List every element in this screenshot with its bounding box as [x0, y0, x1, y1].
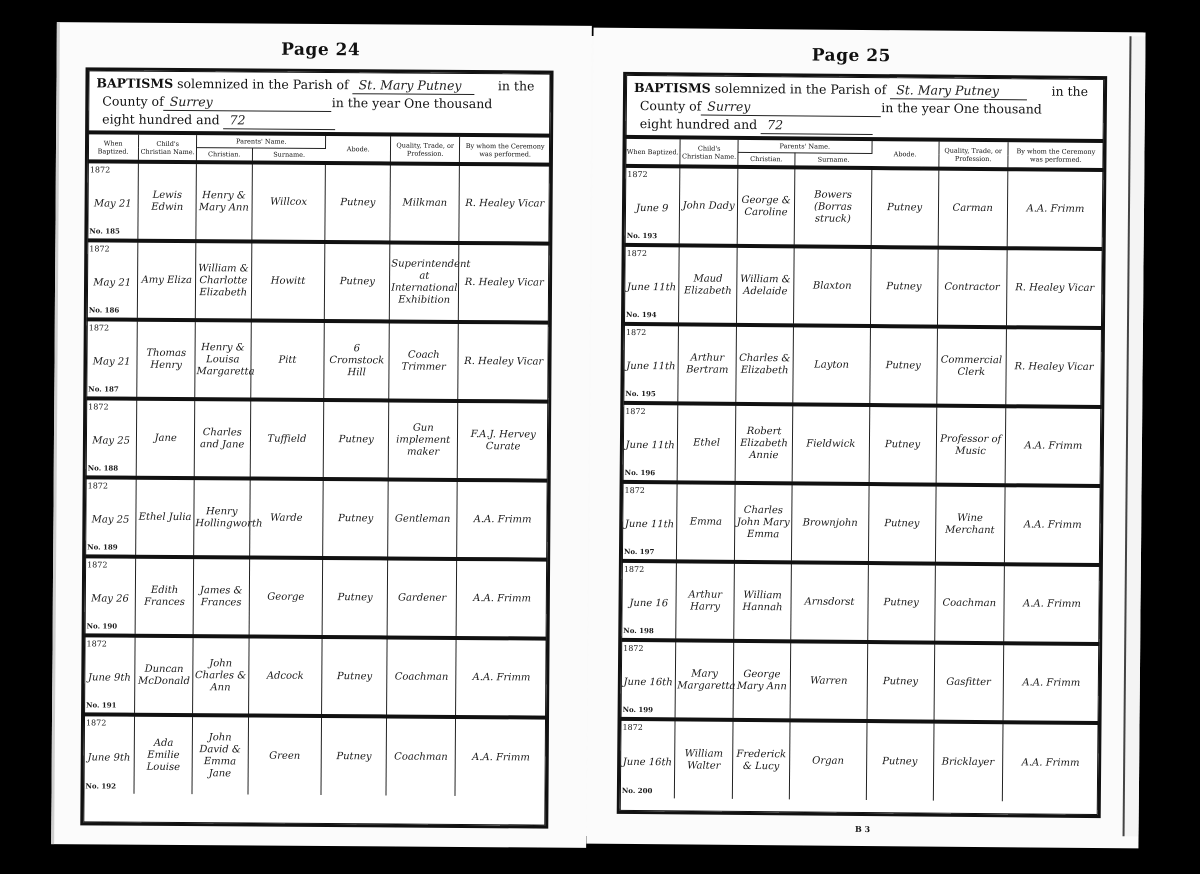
surname-cell: Adcock	[248, 636, 322, 716]
table-row: 1872May 25No. 189Ethel JuliaHenry Hollin…	[85, 477, 548, 559]
surname-cell: George	[249, 557, 323, 637]
when-baptized-cell: 1872May 25No. 188	[86, 398, 137, 477]
parents-christian-cell: Charles John Mary Emma	[734, 483, 792, 562]
entry-number: No. 193	[627, 230, 658, 242]
by-whom-cell: A.A. Frimm	[1002, 722, 1098, 802]
when-baptized-cell: 1872May 26No. 190	[85, 556, 136, 635]
when-baptized-cell: 1872May 21No. 186	[87, 240, 138, 319]
child-name-cell: Emma	[677, 482, 735, 561]
by-whom-cell: R. Healey Vicar	[459, 164, 550, 244]
abode-cell: Putney	[869, 405, 937, 485]
parish-field: St. Mary Putney	[890, 81, 1027, 100]
profession-cell: Gentleman	[388, 479, 458, 558]
by-whom-cell: R. Healey Vicar	[459, 243, 550, 323]
register-table: When Baptized. Child's Christian Name. P…	[620, 139, 1104, 802]
table-row: 1872May 21No. 187Thomas HenryHenry & Lou…	[86, 319, 549, 401]
table-row: 1872June 11thNo. 195Arthur BertramCharle…	[623, 324, 1102, 407]
col-abode: Abode.	[326, 136, 391, 163]
abode-cell: Putney	[866, 721, 934, 801]
profession-cell: Milkman	[390, 163, 460, 242]
heading-in-the: in the	[498, 77, 535, 94]
by-whom-cell: A.A. Frimm	[456, 559, 547, 639]
abode-cell: 6 Cromstock Hill	[324, 321, 389, 400]
entry-number: No. 187	[88, 383, 119, 395]
entry-number: No. 192	[85, 780, 116, 792]
profession-cell: Gasfitter	[934, 643, 1004, 723]
entry-year: 1872	[86, 717, 106, 729]
entry-year: 1872	[86, 638, 106, 650]
right-page: Page 25 BAPTISMS solemnized in the Paris…	[586, 28, 1145, 849]
abode-cell: Putney	[871, 168, 939, 248]
entry-date: May 21	[87, 350, 135, 368]
entry-year: 1872	[623, 643, 643, 655]
table-row: 1872June 9thNo. 192Ada Emilie LouiseJohn…	[83, 714, 546, 796]
by-whom-cell: A.A. Frimm	[457, 480, 548, 560]
when-baptized-cell: 1872May 25No. 189	[85, 477, 136, 556]
child-name-cell: Mary Margaretta	[676, 640, 734, 719]
when-baptized-cell: 1872May 21No. 185	[87, 161, 138, 240]
table-row: 1872May 26No. 190Edith FrancesJames & Fr…	[85, 556, 548, 638]
entry-year: 1872	[90, 164, 110, 176]
baptism-register: BAPTISMS solemnized in the Parish of St.…	[80, 67, 553, 828]
abode-cell: Putney	[867, 563, 935, 643]
profession-cell: Professor of Music	[936, 406, 1006, 486]
entry-date: June 9th	[85, 666, 133, 684]
entry-date: June 9th	[85, 746, 133, 764]
abode-cell: Putney	[325, 242, 390, 321]
entry-year: 1872	[88, 480, 108, 492]
profession-cell: Gardener	[387, 558, 457, 637]
col-by-whom: By whom the Ceremony was performed.	[460, 137, 550, 165]
surname-cell: Warren	[790, 641, 867, 721]
abode-cell: Putney	[868, 484, 936, 564]
col-parents-surname: Surname.	[795, 153, 872, 168]
entry-year: 1872	[627, 169, 647, 181]
table-row: 1872June 16thNo. 199Mary MargarettaGeorg…	[621, 640, 1100, 723]
surname-cell: Bowers (Borras struck)	[794, 167, 871, 247]
child-name-cell: Lewis Edwin	[138, 162, 196, 241]
surname-cell: Brownjohn	[792, 483, 869, 563]
entry-number: No. 198	[623, 625, 654, 637]
page-title: Page 25	[575, 43, 1127, 68]
child-name-cell: Ethel	[678, 403, 736, 482]
parents-christian-cell: George & Caroline	[737, 167, 795, 246]
entry-year: 1872	[627, 248, 647, 260]
col-when-baptized: When Baptized.	[88, 134, 139, 161]
col-child-name: Child's Christian Name.	[680, 139, 738, 166]
entry-date: June 11th	[625, 354, 678, 372]
entry-year: 1872	[87, 559, 107, 571]
by-whom-cell: A.A. Frimm	[1003, 643, 1099, 723]
county-field: Surrey	[701, 98, 881, 118]
entry-number: No. 194	[626, 309, 657, 321]
profession-cell: Commercial Clerk	[936, 327, 1006, 407]
table-row: 1872June 9thNo. 191Duncan McDonaldJohn C…	[84, 635, 547, 717]
year-field: 72	[761, 116, 873, 135]
page-title: Page 24	[55, 38, 587, 62]
entry-date: June 11th	[624, 433, 677, 451]
child-name-cell: William Walter	[675, 719, 733, 798]
heading-prefix: BAPTISMS	[634, 80, 711, 96]
when-baptized-cell: 1872June 9No. 193	[625, 166, 681, 245]
parents-christian-cell: George Mary Ann	[733, 641, 791, 720]
by-whom-cell: A.A. Frimm	[456, 638, 547, 718]
register-entries: 1872May 21No. 185Lewis EdwinHenry & Mary…	[83, 161, 549, 796]
heading-solemnized: solemnized in the Parish of	[177, 76, 349, 92]
entry-date: June 16th	[622, 670, 675, 688]
child-name-cell: Duncan McDonald	[135, 636, 193, 715]
entry-number: No. 190	[87, 620, 118, 632]
surname-cell: Organ	[790, 720, 867, 800]
child-name-cell: Ethel Julia	[136, 478, 194, 557]
parents-christian-cell: Frederick & Lucy	[732, 720, 790, 799]
entry-date: June 11th	[623, 512, 676, 530]
by-whom-cell: R. Healey Vicar	[458, 322, 549, 402]
parents-christian-cell: John David & Emma Jane	[192, 715, 248, 794]
when-baptized-cell: 1872June 16No. 198	[621, 561, 677, 640]
table-row: 1872May 21No. 186Amy ElizaWilliam & Char…	[87, 240, 550, 322]
signature-mark: B 3	[587, 822, 1139, 837]
table-row: 1872May 25No. 188JaneCharles and JaneTuf…	[86, 398, 549, 480]
entry-number: No. 189	[87, 541, 118, 553]
when-baptized-cell: 1872June 9thNo. 192	[83, 714, 134, 793]
child-name-cell: John Dady	[680, 166, 738, 245]
abode-cell: Putney	[324, 400, 389, 479]
parents-christian-cell: Charles & Elizabeth	[736, 325, 794, 404]
profession-cell: Coachman	[934, 564, 1004, 644]
when-baptized-cell: 1872May 21No. 187	[86, 319, 137, 398]
entry-year: 1872	[624, 485, 644, 497]
register-table: When Baptized. Child's Christian Name. P…	[83, 134, 550, 796]
entry-year: 1872	[89, 322, 109, 334]
entry-number: No. 196	[625, 467, 656, 479]
profession-cell: Superintendent at International Exhibiti…	[389, 242, 459, 321]
profession-cell: Carman	[938, 169, 1008, 249]
eight-hundred-label: eight hundred and	[102, 111, 220, 127]
parents-christian-cell: John Charles & Ann	[193, 636, 249, 715]
when-baptized-cell: 1872June 11thNo. 194	[624, 245, 680, 324]
entry-date: June 16	[622, 591, 675, 609]
abode-cell: Putney	[325, 163, 390, 242]
surname-cell: Warde	[249, 478, 323, 558]
profession-cell: Coachman	[387, 637, 457, 716]
profession-cell: Gun implement maker	[388, 400, 458, 479]
entry-date: June 11th	[625, 275, 678, 293]
entry-number: No. 191	[86, 699, 117, 711]
table-row: 1872June 16No. 198Arthur HarryWilliam Ha…	[621, 561, 1100, 644]
surname-cell: Arnsdorst	[791, 562, 868, 642]
by-whom-cell: A.A. Frimm	[455, 717, 546, 797]
year-text: in the year One thousand	[881, 100, 1042, 116]
county-field: Surrey	[164, 93, 332, 112]
entry-year: 1872	[622, 722, 642, 734]
heading-solemnized: solemnized in the Parish of	[715, 81, 887, 97]
surname-cell: Blaxton	[794, 246, 871, 326]
year-field: 72	[224, 111, 336, 130]
profession-cell: Coachman	[386, 716, 456, 795]
entry-date: May 21	[89, 192, 137, 210]
table-row: 1872June 11thNo. 196EthelRobert Elizabet…	[623, 403, 1102, 486]
parish-field: St. Mary Putney	[353, 76, 475, 95]
entry-number: No. 186	[89, 304, 120, 316]
by-whom-cell: A.A. Frimm	[1004, 485, 1100, 565]
page-edge	[1123, 36, 1146, 836]
entry-number: No. 188	[88, 462, 119, 474]
when-baptized-cell: 1872June 16thNo. 200	[620, 719, 676, 798]
entry-date: May 25	[86, 508, 134, 526]
parents-christian-cell: Robert Elizabeth Annie	[735, 404, 793, 483]
entry-number: No. 195	[625, 388, 656, 400]
surname-cell: Pitt	[250, 321, 324, 401]
profession-cell: Coach Trimmer	[389, 321, 459, 400]
abode-cell: Putney	[322, 637, 387, 716]
parents-christian-cell: Henry & Mary Ann	[196, 162, 252, 241]
col-profession: Quality, Trade, or Profession.	[938, 142, 1008, 170]
col-profession: Quality, Trade, or Profession.	[390, 136, 459, 163]
child-name-cell: Thomas Henry	[137, 320, 195, 399]
child-name-cell: Jane	[137, 399, 195, 478]
entry-year: 1872	[88, 401, 108, 413]
child-name-cell: Arthur Harry	[676, 561, 734, 640]
surname-cell: Willcox	[251, 163, 325, 243]
entry-year: 1872	[89, 243, 109, 255]
table-row: 1872June 11thNo. 197EmmaCharles John Mar…	[622, 482, 1101, 565]
entry-number: No. 197	[624, 546, 655, 558]
col-parents-name: Parents' Name.	[738, 140, 872, 154]
when-baptized-cell: 1872June 9thNo. 191	[84, 635, 135, 714]
register-entries: 1872June 9No. 193John DadyGeorge & Carol…	[620, 166, 1103, 802]
parents-christian-cell: Charles and Jane	[194, 399, 250, 478]
abode-cell: Putney	[870, 247, 938, 327]
surname-cell: Fieldwick	[792, 404, 869, 484]
parents-christian-cell: James & Frances	[193, 557, 249, 636]
child-name-cell: Maud Elizabeth	[679, 245, 737, 324]
abode-cell: Putney	[323, 479, 388, 558]
entry-year: 1872	[625, 406, 645, 418]
left-page: Page 24 BAPTISMS solemnized in the Paris…	[51, 22, 592, 848]
profession-cell: Wine Merchant	[935, 485, 1005, 565]
table-row: 1872May 21No. 185Lewis EdwinHenry & Mary…	[87, 161, 550, 243]
by-whom-cell: A.A. Frimm	[1007, 169, 1103, 249]
by-whom-cell: A.A. Frimm	[1004, 564, 1100, 644]
profession-cell: Bricklayer	[933, 722, 1003, 802]
col-parents-surname: Surname.	[252, 148, 326, 163]
surname-cell: Layton	[793, 325, 870, 405]
parents-christian-cell: Henry & Louisa Margaretta	[195, 320, 251, 399]
year-text: in the year One thousand	[332, 95, 493, 111]
entry-date: June 9	[626, 196, 679, 214]
col-abode: Abode.	[872, 141, 939, 169]
col-parents-name: Parents' Name.	[197, 135, 326, 148]
entry-year: 1872	[626, 327, 646, 339]
eight-hundred-label: eight hundred and	[640, 116, 758, 132]
table-row: 1872June 16thNo. 200William WalterFreder…	[620, 719, 1099, 802]
entry-date: May 26	[86, 587, 134, 605]
abode-cell: Putney	[321, 716, 386, 795]
col-when-baptized: When Baptized.	[625, 139, 680, 166]
parents-christian-cell: Henry Hollingworth	[194, 478, 250, 557]
entry-number: No. 199	[623, 704, 654, 716]
entry-date: June 16th	[621, 750, 674, 768]
child-name-cell: Arthur Bertram	[678, 324, 736, 403]
entry-date: May 21	[88, 271, 136, 289]
parents-christian-cell: William & Charlotte Elizabeth	[195, 241, 251, 320]
child-name-cell: Edith Frances	[135, 557, 193, 636]
entry-number: No. 200	[622, 785, 653, 797]
abode-cell: Putney	[869, 326, 937, 406]
baptism-register: BAPTISMS solemnized in the Parish of St.…	[617, 72, 1107, 818]
heading-in-the: in the	[1051, 83, 1088, 100]
register-heading: BAPTISMS solemnized in the Parish of St.…	[88, 70, 550, 137]
col-child-name: Child's Christian Name.	[139, 135, 197, 162]
parents-christian-cell: William & Adelaide	[736, 246, 794, 325]
when-baptized-cell: 1872June 11thNo. 197	[622, 482, 678, 561]
register-heading: BAPTISMS solemnized in the Parish of St.…	[626, 75, 1105, 143]
table-row: 1872June 9No. 193John DadyGeorge & Carol…	[625, 166, 1104, 249]
surname-cell: Howitt	[251, 242, 325, 322]
parents-christian-cell: William Hannah	[734, 562, 792, 641]
heading-prefix: BAPTISMS	[96, 75, 173, 91]
col-parents-christian: Christian.	[196, 148, 252, 163]
by-whom-cell: R. Healey Vicar	[1006, 327, 1102, 407]
when-baptized-cell: 1872June 11thNo. 195	[623, 324, 679, 403]
child-name-cell: Amy Eliza	[138, 241, 196, 320]
entry-number: No. 185	[89, 225, 120, 237]
when-baptized-cell: 1872June 11thNo. 196	[623, 403, 679, 482]
surname-cell: Green	[247, 715, 321, 795]
county-label: County of	[640, 98, 702, 114]
by-whom-cell: F.A.J. Hervey Curate	[458, 401, 549, 481]
col-by-whom: By whom the Ceremony was performed.	[1008, 142, 1104, 170]
surname-cell: Tuffield	[250, 400, 324, 480]
when-baptized-cell: 1872June 16thNo. 199	[621, 640, 677, 719]
col-parents-christian: Christian.	[738, 152, 795, 167]
by-whom-cell: R. Healey Vicar	[1006, 248, 1102, 328]
abode-cell: Putney	[322, 558, 387, 637]
entry-date: May 25	[87, 429, 135, 447]
entry-year: 1872	[624, 564, 644, 576]
child-name-cell: Ada Emilie Louise	[134, 715, 192, 794]
table-row: 1872June 11thNo. 194Maud ElizabethWillia…	[624, 245, 1103, 328]
abode-cell: Putney	[867, 642, 935, 722]
county-label: County of	[102, 93, 164, 108]
by-whom-cell: A.A. Frimm	[1005, 406, 1101, 486]
profession-cell: Contractor	[937, 248, 1007, 328]
